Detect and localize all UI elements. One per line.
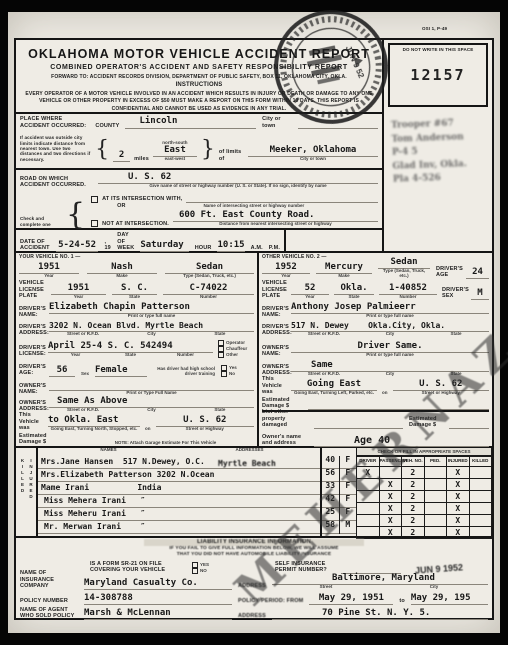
v2-oaddr-street-sub: Street or R.F.D. — [291, 372, 357, 377]
at-intersection-checkbox — [91, 196, 98, 203]
company-label: NAME OF INSURANCE COMPANY — [20, 570, 78, 590]
cell-driver — [357, 491, 380, 503]
col-injured: Injured — [447, 457, 470, 467]
cell-injured: X — [447, 527, 470, 539]
postmark-stamp-icon: JUN 9 52 — [259, 0, 404, 139]
handwriting-line: Pla 4-526 — [393, 170, 493, 187]
v2-address-label: Driver's Address: — [262, 324, 286, 337]
at-intersection-label: AT ITS INTERSECTION WITH, — [102, 196, 182, 203]
injured-vertical-label: INJURED — [28, 458, 33, 536]
casualty-age: 58 — [322, 521, 339, 534]
v1-year-sub: Year — [44, 274, 54, 279]
cell-injured: X — [447, 503, 470, 515]
do-not-write-box: DO NOT WRITE IN THIS SPACE 12157 — [388, 43, 488, 107]
casualty-sex: M — [340, 521, 357, 534]
vehicles-section: YOUR VEHICLE NO. 1 — 1951Year NashMake S… — [16, 253, 492, 448]
vehicle2-column: OTHER VEHICLE NO. 2 — 1952Year MercuryMa… — [259, 253, 492, 448]
v2-this-vehicle-label: This Vehicle was — [262, 376, 286, 396]
v2-owner-line-label: Owner's name and address — [262, 434, 308, 447]
paper-page: OSI 1, P-49 DO NOT WRITE IN THIS SPACE 1… — [8, 12, 500, 633]
addr-street-sub: Street — [272, 585, 380, 590]
cell-ped — [424, 515, 447, 527]
v1-this-vehicle-label: This Vehicle was — [19, 412, 43, 432]
cell-ped — [424, 491, 447, 503]
v2-plate-label: Vehicle License Plate — [262, 280, 286, 300]
v1-sex: Female — [95, 366, 147, 377]
addresses-header: ADDRESSES — [179, 448, 320, 456]
policy-period-to: May 29, 195 — [411, 594, 488, 605]
v1-age: 56 — [49, 366, 75, 377]
company-address-label: ADDRESS — [238, 583, 266, 590]
corner-form-code: OSI 1, P-49 — [422, 26, 447, 31]
outside-limits-note: If accident was outside city limits indi… — [20, 135, 91, 162]
other-checkbox — [218, 352, 224, 358]
casualty-check-grid: CHECK OR FILL IN APPROPRIATE SPACES Driv… — [356, 448, 492, 538]
cell-veh: 2 — [402, 515, 425, 527]
brace-open: { — [95, 137, 109, 162]
v2-owner-name-label: Owner's Name: — [262, 345, 286, 358]
v2-other-damage-label: Estimated Damage $ — [409, 416, 443, 429]
casualty-name-row: Mrs.Jane Hansen 517 N.Dewey, O.C. — [38, 456, 320, 469]
cell-veh: 2 — [402, 479, 425, 491]
do-not-write-label: DO NOT WRITE IN THIS SPACE — [390, 47, 486, 52]
miles-value: 2 — [113, 151, 130, 162]
self-insurance-label: SELF INSURANCE PERMIT NUMBER? — [275, 561, 335, 574]
agent-address-value: 70 Pine St. N. Y. 5. — [272, 609, 488, 620]
casualty-names-block: NAMES ADDRESSES Mrs.Jane Hansen 517 N.De… — [36, 448, 322, 538]
cell-killed — [469, 479, 492, 491]
v2-other-damage-blank — [449, 428, 489, 429]
cell-injured: X — [447, 491, 470, 503]
v1-license-label: Driver's License: — [19, 345, 43, 358]
v2-damage-label: Estimated Damage $ — [262, 397, 302, 410]
v1-license-state-sub: State — [103, 353, 158, 358]
v1-sex-label: Sex — [81, 372, 89, 377]
cell-killed — [469, 467, 492, 479]
to-label: to — [399, 598, 405, 605]
v2-owner-addr-label: Owner's Address: — [262, 364, 286, 377]
v1-plate-label: Vehicle License Plate — [19, 280, 45, 300]
v1-plate-state-sub: State — [129, 295, 140, 300]
v1-oaddr-city-sub: City — [117, 408, 185, 413]
hour-value: 10:15 — [217, 241, 244, 252]
col-ped: Ped. — [424, 457, 447, 467]
day-value: Saturday — [140, 241, 188, 252]
scanned-accident-report: OSI 1, P-49 DO NOT WRITE IN THIS SPACE 1… — [0, 0, 508, 645]
v1-training-note: Has driver had high school driver traini… — [153, 367, 215, 377]
v1-damage-label: Estimated Damage $ — [19, 433, 69, 446]
policy-period-from: May 29, 1951 — [309, 594, 393, 605]
v1-plate-number-sub: Number — [200, 295, 217, 300]
v1-plate-year-sub: Year — [74, 295, 84, 300]
casualties-section: KILLED INJURED NAMES ADDRESSES Mrs.Jane … — [16, 448, 492, 538]
east-west-sub: east-west — [165, 157, 186, 162]
sr21-label: IS A FORM SR-21 ON FILE COVERING YOUR VE… — [90, 561, 186, 574]
cell-killed — [469, 503, 492, 515]
brace-open: { — [66, 203, 85, 227]
company-value: Maryland Casualty Co. — [84, 579, 232, 590]
v1-driver-name-label: Driver's Name: — [19, 306, 43, 319]
casualty-name-row: Mr. Merwan Irani ″ — [38, 521, 320, 534]
cell-driver — [357, 515, 380, 527]
addr-city-sub: City — [380, 585, 488, 590]
v2-highway-sub: Street or Highway — [422, 391, 460, 396]
not-at-intersection-checkbox — [91, 220, 98, 227]
cell-killed — [469, 491, 492, 503]
cell-passenger: X — [379, 479, 402, 491]
v1-movement-sub: Going East, Turning North, Stopped, etc. — [51, 427, 138, 432]
casualty-group-labels: KILLED INJURED — [18, 458, 34, 536]
road-sub: Give name of street or highway number (U… — [149, 184, 326, 189]
sr21-no-checkbox — [192, 568, 198, 574]
check-one-note: Check and complete one — [20, 216, 60, 227]
v2-make-sub: Make — [338, 274, 349, 279]
form-border: DO NOT WRITE IN THIS SPACE 12157 Trooper… — [14, 38, 494, 620]
town-sub: City or town — [300, 157, 326, 162]
cell-passenger — [379, 467, 402, 479]
v2-name-sub: Print or type full name — [366, 314, 414, 319]
road-section: ROAD ON WHICH ACCIDENT OCCURRED. U. S. 6… — [16, 170, 382, 230]
not-at-sub: Distance from nearest intersecting stree… — [219, 222, 332, 227]
insurance-section: LIABILITY INSURANCE INFORMATION IF YOU F… — [16, 538, 492, 618]
other-label: Other — [226, 353, 238, 358]
cell-passenger: X — [379, 491, 402, 503]
report-number: 12157 — [390, 66, 486, 84]
v2-on-label: on — [382, 391, 388, 396]
v1-age-label: Driver's Age: — [19, 364, 43, 377]
v2-other-property-label: List other property damaged — [262, 409, 308, 429]
v1-owner-name-sub: Print or Type Full Name — [126, 391, 176, 396]
myrtle-beach-overlay: Myrtle Beach — [218, 460, 276, 469]
insurance-warning2: THAT YOU DID NOT HAVE AUTOMOBILE LIABILI… — [20, 552, 488, 558]
training-no-label: No — [229, 372, 235, 377]
cell-veh: 2 — [402, 527, 425, 539]
intersection-sub: Name of intersecting street or highway n… — [130, 204, 378, 209]
cell-injured: X — [447, 467, 470, 479]
casualty-name-row: Mame Irani India — [38, 482, 320, 495]
v2-damage-blank — [308, 409, 489, 410]
cell-passenger: X — [379, 527, 402, 539]
cell-veh: 2 — [402, 503, 425, 515]
not-at-intersection-label: NOT AT INTERSECTION. — [102, 221, 169, 228]
v1-oaddr-state-sub: State — [186, 408, 254, 413]
col-passenger: Passenger — [379, 457, 402, 467]
v1-state-sub: State — [186, 332, 254, 337]
date-label: Date of Accident — [20, 239, 50, 252]
v1-address-label: Driver's Address: — [19, 324, 43, 337]
county-value: Lincoln — [125, 117, 256, 129]
v2-sex-label: Driver's Sex — [442, 287, 466, 300]
agent-address-label: ADDRESS — [238, 613, 266, 620]
v1-license-number-sub: Number — [158, 353, 213, 358]
sr21-no-label: NO — [200, 569, 207, 574]
cell-driver — [357, 503, 380, 515]
date-value: 5-24-52 — [56, 241, 99, 252]
v2-city-sub: City — [357, 332, 423, 337]
v1-city-sub: City — [117, 332, 185, 337]
cell-passenger: X — [379, 503, 402, 515]
am-label: A.M. — [251, 245, 263, 252]
or-label: OR — [117, 203, 126, 210]
v1-name-sub: Print or type full name — [128, 314, 176, 319]
v2-plate-state-sub: State — [348, 295, 359, 300]
v1-highway-sub: Street or Highway — [186, 427, 224, 432]
year-19-label: , 19 — [104, 239, 111, 252]
cell-killed — [469, 515, 492, 527]
v2-street-sub: Street or R.F.D. — [291, 332, 357, 337]
v1-garage-note: NOTE: Attach Garage Estimate For This Ve… — [77, 441, 254, 446]
brace-close: } — [201, 137, 215, 162]
place-label: PLACE WHERE ACCIDENT OCCURRED: — [20, 116, 89, 129]
v1-type-sub: Type (Sedan, Truck, etc.) — [183, 274, 236, 279]
casualty-name-row: Mrs.Elizabeth Patterson 3202 N.Ocean — [38, 469, 320, 482]
v2-other-property-blank — [314, 428, 403, 429]
cell-veh: 2 — [402, 491, 425, 503]
v2-movement-sub: Going East, Turning Left, Parked, etc. — [294, 391, 374, 396]
v2-driver-name-label: Driver's Name: — [262, 306, 286, 319]
cell-driver: X — [357, 467, 380, 479]
of-limits-label: of limits of — [219, 149, 244, 162]
names-header: NAMES — [38, 448, 179, 456]
v1-owner-addr-label: Owner's Address: — [19, 400, 43, 413]
v2-owner-name-sub: Print or type full name — [366, 353, 414, 358]
cell-injured: X — [447, 479, 470, 491]
col-veh-no: Veh. No. — [402, 457, 425, 467]
casualty-name-row: Miss Mehera Irani ″ — [38, 495, 320, 508]
stamp-date-text: JUN 9 52 — [344, 44, 366, 79]
cell-ped — [424, 479, 447, 491]
policy-number-value: 14-308788 — [84, 594, 232, 605]
day-of-week-label: Day of Week — [117, 232, 134, 252]
cell-veh: 2 — [402, 467, 425, 479]
policy-period-label: POLICY PERIOD: FROM — [238, 598, 303, 605]
cell-injured: X — [447, 515, 470, 527]
v2-owner-line-value: Age 40 — [314, 435, 489, 447]
miles-label: miles — [134, 156, 149, 163]
cell-ped — [424, 467, 447, 479]
v1-license-year-sub: Year — [48, 353, 103, 358]
v2-oaddr-city-sub: City — [357, 372, 423, 377]
handwritten-notes: Trooper #67 Tom Anderson P-4 5 Glad Inv,… — [391, 116, 493, 187]
agent-value: Marsh & McLennan — [84, 609, 232, 620]
v2-plate-number-sub: Number — [399, 295, 416, 300]
col-driver: Driver — [357, 457, 380, 467]
v2-plate-year-sub: Year — [305, 295, 315, 300]
v1-oaddr-street-sub: Street or R.F.D. — [49, 408, 117, 413]
training-no-checkbox — [221, 371, 227, 377]
v2-age: 24 — [466, 268, 489, 279]
v2-state-sub: State — [423, 332, 489, 337]
v1-make-sub: Make — [116, 274, 127, 279]
policy-number-label: POLICY NUMBER — [20, 598, 78, 605]
v2-age-label: Driver's Age — [436, 266, 460, 279]
vehicle1-column: YOUR VEHICLE NO. 1 — 1951Year NashMake S… — [16, 253, 257, 448]
casualty-age-sex-block: 40 56 33 42 25 58 F F F F F M — [322, 448, 356, 538]
company-address-value: Baltimore, Maryland — [272, 574, 488, 585]
v2-sex: M — [471, 289, 489, 300]
v2-oaddr-state-sub: State — [423, 372, 489, 377]
cell-driver — [357, 527, 380, 539]
killed-vertical-label: KILLED — [20, 458, 25, 536]
v1-street-sub: Street or R.F.D. — [49, 332, 117, 337]
county-label: County — [95, 123, 119, 130]
cell-passenger: X — [379, 515, 402, 527]
hour-label: Hour — [195, 245, 212, 252]
right-column: DO NOT WRITE IN THIS SPACE 12157 Trooper… — [382, 40, 492, 253]
date-section: Date of Accident 5-24-52 , 19 Day of Wee… — [16, 230, 492, 253]
cell-driver — [357, 479, 380, 491]
v1-owner-name-label: Owner's Name: — [19, 383, 43, 396]
casualty-name-row: Miss Meheru Irani ″ — [38, 508, 320, 521]
cell-killed — [469, 527, 492, 539]
v2-type-sub: Type (Sedan, Truck, etc.) — [378, 269, 430, 279]
cell-ped — [424, 503, 447, 515]
pm-label: P.M. — [269, 245, 280, 252]
check-header: CHECK OR FILL IN APPROPRIATE SPACES — [356, 448, 492, 456]
cell-ped — [424, 527, 447, 539]
road-label: ROAD ON WHICH ACCIDENT OCCURRED. — [20, 176, 90, 189]
col-killed: Killed — [469, 457, 492, 467]
v2-year-sub: Year — [281, 274, 291, 279]
agent-label: NAME OF AGENT WHO SOLD POLICY — [20, 607, 78, 620]
v1-on-label: on — [145, 427, 151, 432]
